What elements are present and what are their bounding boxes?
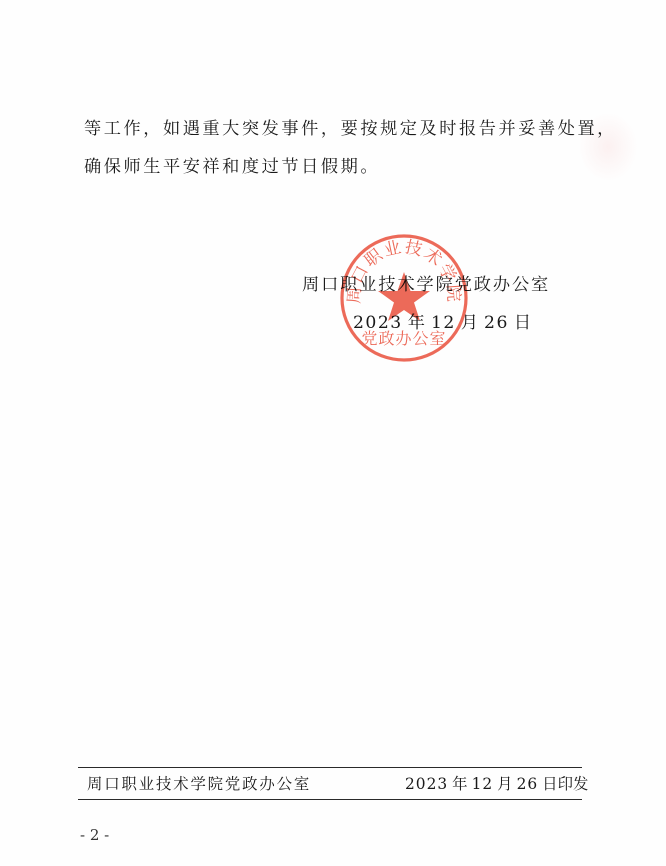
document-page: 等工作，如遇重大突发事件，要按规定及时报告并妥善处置， 确保师生平安祥和度过节日… bbox=[0, 0, 666, 866]
footer-date-day: 26 bbox=[517, 775, 539, 793]
footer-date-year-unit: 年 bbox=[452, 775, 467, 793]
signature-date-day-unit: 日 bbox=[514, 312, 532, 334]
footer-date-day-unit: 日印发 bbox=[542, 775, 588, 793]
footer-rule-top bbox=[78, 767, 582, 768]
footer-date-year: 2023 bbox=[405, 775, 448, 793]
footer-issuer: 周口职业技术学院党政办公室 bbox=[87, 773, 311, 795]
footer-date-month-unit: 月 bbox=[497, 775, 512, 793]
body-text-line-2: 确保师生平安祥和度过节日假期。 bbox=[84, 156, 380, 178]
body-text-line-1: 等工作，如遇重大突发事件，要按规定及时报告并妥善处置， bbox=[84, 118, 617, 140]
footer-issue-date: 2023年12月26日印发 bbox=[405, 773, 592, 795]
seal-center-text: 党政办公室 bbox=[361, 329, 446, 348]
official-seal-icon: 周口职业技术学院 党政办公室 bbox=[338, 232, 470, 364]
footer-rule-bottom bbox=[78, 799, 582, 800]
signature-date-day: 26 bbox=[484, 312, 509, 334]
page-number: - 2 - bbox=[80, 825, 109, 845]
seal-star-icon bbox=[378, 272, 430, 321]
footer-date-month: 12 bbox=[472, 775, 494, 793]
